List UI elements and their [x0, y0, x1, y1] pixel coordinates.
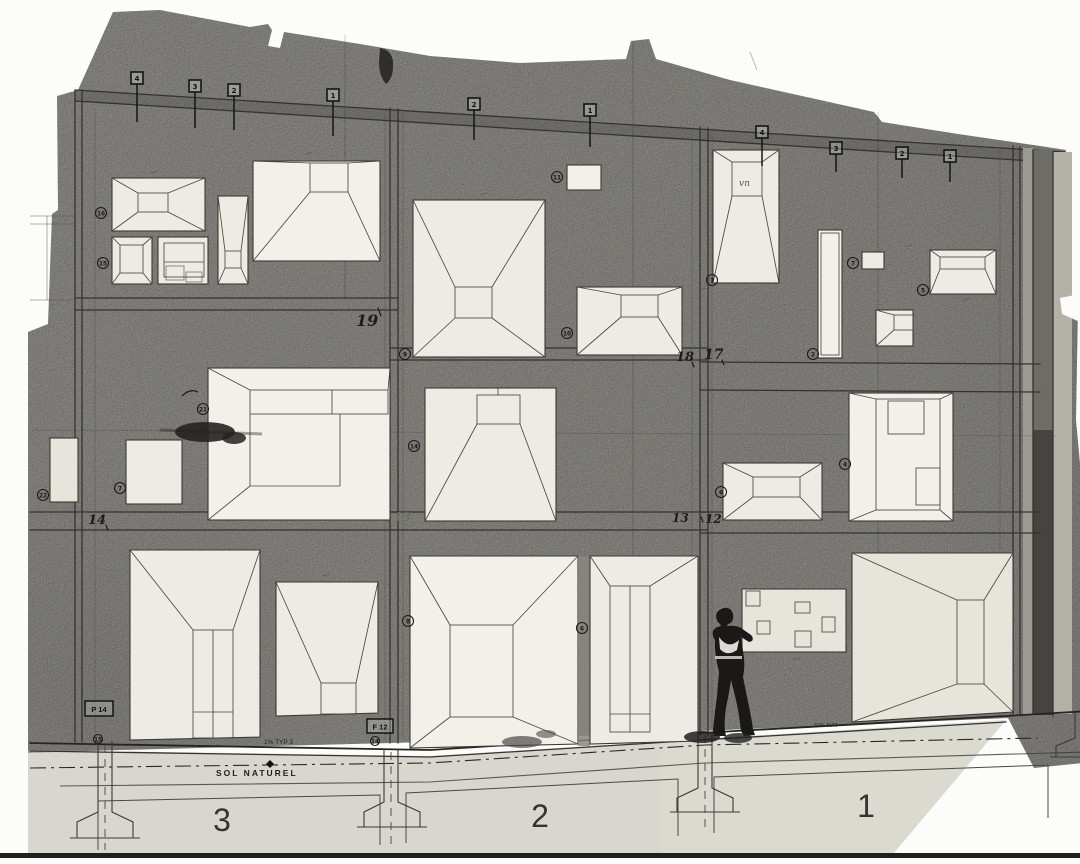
- frame-w: [590, 556, 698, 744]
- svg-text:1: 1: [948, 153, 953, 161]
- svg-text:15: 15: [99, 262, 107, 268]
- svg-text:16: 16: [97, 212, 105, 218]
- frame-k-small: [862, 252, 884, 269]
- bay-number-2: 2: [531, 798, 549, 834]
- frame-s: [849, 393, 953, 521]
- frame-f: [413, 200, 545, 357]
- frame-i-scribble: vn: [739, 179, 750, 189]
- frame-q: [425, 388, 556, 521]
- level-label-13-pencil: 13: [394, 510, 411, 524]
- svg-text:2: 2: [811, 353, 815, 359]
- svg-text:7: 7: [851, 262, 855, 268]
- frame-c: [158, 237, 208, 284]
- ground-label: SOL NATUREL: [216, 768, 298, 778]
- svg-text:11: 11: [553, 176, 561, 182]
- frame-e: [253, 161, 380, 261]
- frame-g: [577, 287, 682, 355]
- svg-text:9: 9: [403, 353, 407, 359]
- display-board: [742, 589, 846, 652]
- svg-text:1: 1: [588, 107, 593, 115]
- scanned-drawing-page: vn: [0, 0, 1080, 864]
- svg-text:1: 1: [331, 92, 336, 100]
- svg-text:3: 3: [710, 279, 714, 285]
- level-label-17: 17: [704, 347, 724, 363]
- frame-y: [852, 553, 1013, 722]
- boxed-tag-p14: P 14: [85, 701, 113, 716]
- ink-blot-feet: [684, 731, 720, 743]
- frame-r: [723, 463, 822, 520]
- svg-text:2: 2: [472, 101, 477, 109]
- floor-smudge: [502, 736, 542, 748]
- svg-text:4: 4: [135, 75, 140, 83]
- bay-number-3: 3: [213, 802, 231, 838]
- ground-label-small: SOL NAT: [814, 723, 838, 729]
- frame-h-small: [567, 165, 601, 190]
- frame-l: [930, 250, 996, 294]
- frame-a: [112, 178, 205, 231]
- svg-text:8: 8: [406, 620, 410, 626]
- svg-text:14: 14: [410, 445, 418, 451]
- level-label-14: 14: [88, 513, 106, 528]
- bay-number-1: 1: [857, 788, 875, 824]
- frame-m: [876, 310, 913, 346]
- level-label-12: 12: [705, 512, 722, 526]
- svg-text:5: 5: [921, 289, 925, 295]
- frame-i: vn: [713, 150, 779, 283]
- footing-note: 1% TYP 3: [264, 739, 293, 746]
- scan-bottom-edge: [0, 853, 1080, 858]
- svg-text:14: 14: [371, 739, 379, 745]
- svg-text:2: 2: [232, 87, 237, 95]
- svg-text:P 14: P 14: [91, 705, 107, 714]
- svg-text:F 12: F 12: [372, 723, 387, 732]
- frame-d: [218, 196, 248, 284]
- level-label-19: 19: [356, 311, 378, 330]
- frame-j-pilaster: [818, 230, 842, 358]
- frame-o: [126, 440, 182, 504]
- svg-text:4: 4: [843, 463, 847, 469]
- dark-pier: [578, 556, 590, 746]
- frame-n-left-tab: [50, 438, 78, 502]
- svg-text:21: 21: [199, 408, 207, 414]
- svg-text:3: 3: [834, 145, 839, 153]
- svg-text:10: 10: [563, 332, 571, 338]
- wall-layer-strip: [1023, 148, 1033, 714]
- wall-layer-light-strip: [1053, 152, 1072, 714]
- svg-text:3: 3: [193, 83, 198, 91]
- svg-text:6: 6: [580, 627, 584, 633]
- svg-text:7: 7: [118, 487, 122, 493]
- boxed-tag-f12: F 12: [367, 719, 393, 733]
- frame-u: [276, 582, 378, 716]
- level-label-18: 18: [676, 350, 694, 365]
- level-label-13: 13: [672, 511, 689, 525]
- figure-belt-detail: [715, 656, 742, 659]
- frame-b: [112, 237, 152, 284]
- svg-text:6: 6: [719, 491, 723, 497]
- svg-text:2: 2: [900, 150, 905, 158]
- elevation-drawing: vn: [0, 0, 1080, 864]
- frame-v: [410, 556, 578, 748]
- svg-text:4: 4: [760, 129, 765, 137]
- svg-text:22: 22: [39, 494, 47, 500]
- frame-t: [130, 550, 260, 740]
